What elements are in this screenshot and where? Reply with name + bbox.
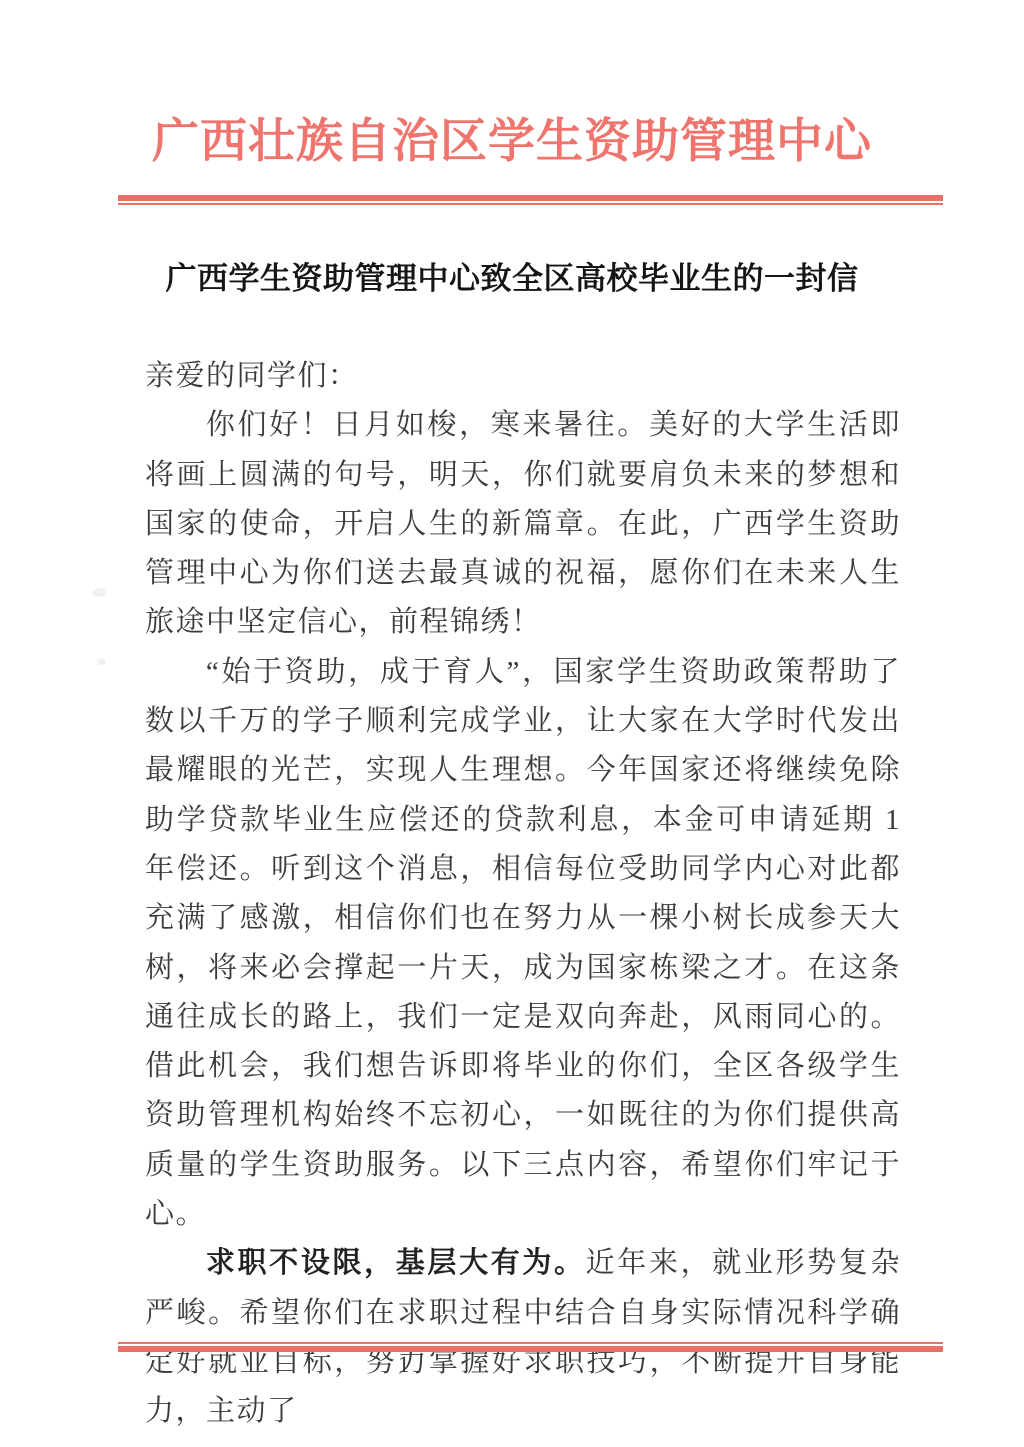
letter-title: 广西学生资助管理中心致全区高校毕业生的一封信 bbox=[0, 259, 1024, 299]
paragraph-2: “始于资助，成于育人”，国家学生资助政策帮助了数以千万的学子顺利完成学业，让大家… bbox=[145, 648, 901, 1240]
paragraph-3: 求职不设限，基层大有为。近年来，就业形势复杂严峻。希望你们在求职过程中结合自身实… bbox=[145, 1239, 901, 1436]
footer-rule bbox=[118, 1342, 943, 1352]
document-page: 广西壮族自治区学生资助管理中心 广西学生资助管理中心致全区高校毕业生的一封信 亲… bbox=[0, 0, 1024, 1447]
paragraph-1: 你们好！日月如梭，寒来暑往。美好的大学生活即将画上圆满的句号，明天，你们就要肩负… bbox=[145, 401, 901, 647]
letter-body: 亲爱的同学们： 你们好！日月如梭，寒来暑往。美好的大学生活即将画上圆满的句号，明… bbox=[145, 352, 901, 1437]
paragraph-3-lead: 求职不设限，基层大有为。 bbox=[206, 1247, 586, 1279]
letterhead-rule-thin bbox=[118, 203, 943, 205]
scan-artifact bbox=[92, 588, 106, 597]
page-number: 1 bbox=[398, 1352, 410, 1378]
footer-rule-thick bbox=[118, 1346, 943, 1352]
salutation: 亲爱的同学们： bbox=[145, 352, 901, 401]
letterhead-rule bbox=[118, 195, 943, 205]
letterhead-org-name: 广西壮族自治区学生资助管理中心 bbox=[0, 112, 1024, 172]
scan-artifact bbox=[97, 658, 106, 665]
